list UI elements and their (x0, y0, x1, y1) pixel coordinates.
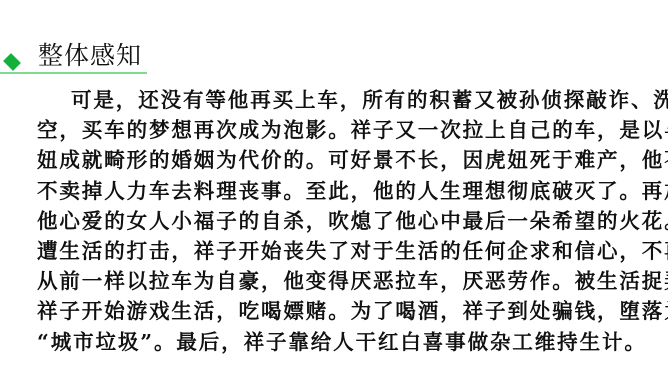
paragraph-line: 他心爱的女人小福子的自杀，吹熄了他心中最后一朵希望的火花。连 (37, 206, 647, 236)
paragraph-line: 从前一样以拉车为自豪，他变得厌恶拉车，厌恶劳作。被生活捉弄的 (37, 266, 647, 296)
paragraph-line: 空，买车的梦想再次成为泡影。祥子又一次拉上自己的车，是以与虎 (37, 115, 647, 145)
paragraph-line: 祥子开始游戏生活，吃喝嫖赌。为了喝酒，祥子到处骗钱，堕落为 (37, 296, 647, 326)
section-title: 整体感知 (38, 36, 142, 72)
paragraph-line: 遭生活的打击，祥子开始丧失了对于生活的任何企求和信心，不再像 (37, 236, 647, 266)
title-underline (0, 72, 147, 74)
paragraph-line: 妞成就畸形的婚姻为代价的。可好景不长，因虎妞死于难产，他不得 (37, 145, 647, 175)
diamond-icon (3, 53, 21, 71)
paragraph-line: “城市垃圾”。最后，祥子靠给人干红白喜事做杂工维持生计。 (37, 327, 647, 357)
paragraph-line: 可是，还没有等他再买上车，所有的积蓄又被孙侦探敲诈、洗劫一 (37, 85, 647, 115)
paragraph: 可是，还没有等他再买上车，所有的积蓄又被孙侦探敲诈、洗劫一 空，买车的梦想再次成… (37, 85, 647, 357)
paragraph-line: 不卖掉人力车去料理丧事。至此，他的人生理想彻底破灭了。再加上 (37, 176, 647, 206)
